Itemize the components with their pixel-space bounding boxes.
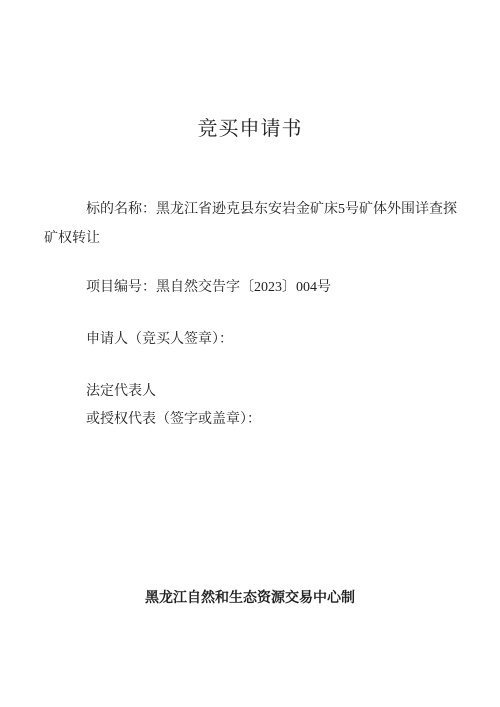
applicant-signature-line: 申请人（竞买人签章）： (44, 325, 458, 354)
project-number-line: 项目编号：黑自然交告字〔2023〕004号 (44, 273, 458, 302)
document-page: 竞买申请书 标的名称：黑龙江省逊克县东安岩金矿床5号矿体外围详查探矿权转让 项目… (0, 0, 500, 707)
authorized-representative-label: 或授权代表（签字或盖章）： (44, 406, 458, 434)
subject-name-line: 标的名称：黑龙江省逊克县东安岩金矿床5号矿体外围详查探矿权转让 (44, 195, 458, 253)
issuing-authority-footer: 黑龙江自然和生态资源交易中心制 (0, 589, 500, 609)
legal-representative-label: 法定代表人 (44, 378, 458, 406)
legal-representative-block: 法定代表人 或授权代表（签字或盖章）： (44, 378, 458, 434)
document-title: 竞买申请书 (0, 115, 500, 143)
